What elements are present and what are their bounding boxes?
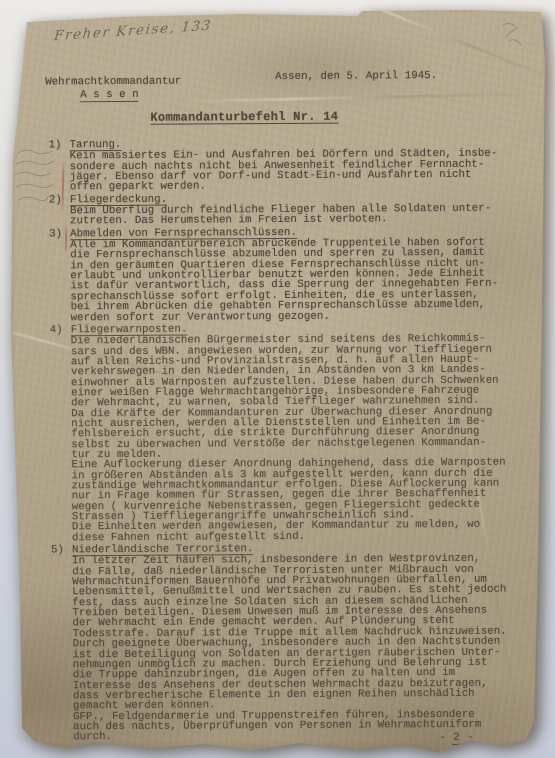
handwritten-note: Freher Kreise, 133 [53, 21, 212, 42]
page-number-suffix: - [461, 732, 474, 744]
section-number: 3) [49, 229, 71, 323]
section-number: 5) [51, 545, 73, 743]
dateline: Assen, den 5. April 1945. [275, 71, 437, 82]
sender-name: Wehrmachtkommandantur [45, 77, 181, 88]
section-content: Tarnung. Kein massiertes Ein- und Ausfah… [70, 137, 529, 193]
section-number: 4) [50, 325, 72, 543]
section-content: Niederländische Terroristen. In letzter … [72, 543, 532, 743]
section-body: Beim Überflug durch feindliche Flieger h… [70, 204, 529, 227]
section-body: In letzter Zeit häufen sich, insbesonder… [72, 554, 532, 743]
page-number-prefix: - [439, 732, 452, 744]
section-number: 2) [49, 195, 70, 227]
sender-city: A s s e n [80, 90, 138, 102]
section-fliegerdeckung: 2) Fliegerdeckung. Beim Überflug durch f… [49, 192, 529, 227]
section-content: Fliegerwarnposten. Die niederländischen … [71, 322, 531, 543]
paper: Freher Kreise, 133 Wehrmachtkommandantur… [0, 0, 555, 758]
photo-background: Freher Kreise, 133 Wehrmachtkommandantur… [0, 0, 555, 758]
section-number: 1) [49, 140, 70, 193]
document-content: Freher Kreise, 133 Wehrmachtkommandantur… [0, 0, 555, 758]
section-terroristen: 5) Niederländische Terroristen. In letzt… [51, 543, 532, 743]
sections-list: 1) Tarnung. Kein massiertes Ein- und Aus… [49, 137, 533, 743]
paper-shadow: Freher Kreise, 133 Wehrmachtkommandantur… [0, 0, 555, 758]
section-body: Alle im Kommandanturbereich abrückende T… [70, 238, 529, 324]
section-fernsprechanschluesse: 3) Abmelden von Fernsprechanschlüssen. A… [49, 226, 530, 323]
section-tarnung: 1) Tarnung. Kein massiertes Ein- und Aus… [49, 137, 529, 193]
section-fliegerwarnposten: 4) Fliegerwarnposten. Die niederländisch… [50, 322, 531, 543]
page-number: - 2 - [439, 733, 473, 744]
section-body: Die niederländischen Bürgermeister sind … [71, 334, 531, 544]
section-body: Kein massiertes Ein- und Ausfahren bei D… [70, 149, 529, 193]
section-content: Abmelden von Fernsprechanschlüssen. Alle… [70, 226, 530, 323]
document-title: Kommandanturbefehl Nr. 14 [150, 112, 338, 125]
section-content: Fliegerdeckung. Beim Überflug durch fein… [70, 192, 529, 227]
